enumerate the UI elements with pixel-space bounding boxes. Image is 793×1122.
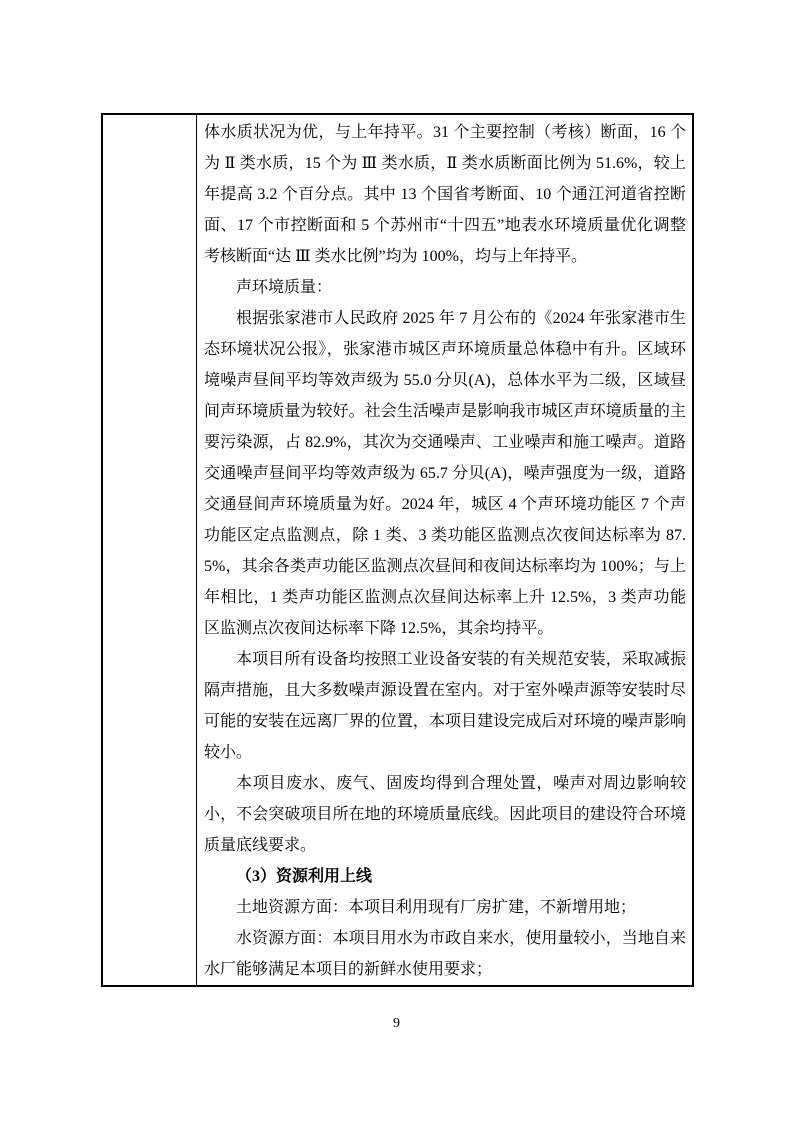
report-table: 体水质状况为优，与上年持平。31 个主要控制（考核）断面，16 个为 Ⅱ 类水质… <box>101 113 694 987</box>
table-left-cell <box>103 115 197 985</box>
paragraph-water-resource: 水资源方面：本项目用水为市政自来水，使用量较小，当地自来水厂能够满足本项目的新鲜… <box>204 923 686 985</box>
paragraph-water-quality-continuation: 体水质状况为优，与上年持平。31 个主要控制（考核）断面，16 个为 Ⅱ 类水质… <box>204 117 686 272</box>
paragraph-project-equipment-noise: 本项目所有设备均按照工业设备安装的有关规范安装，采取减振隔声措施，且大多数噪声源… <box>204 644 686 768</box>
page-number: 9 <box>0 1014 793 1034</box>
table-content-cell: 体水质状况为优，与上年持平。31 个主要控制（考核）断面，16 个为 Ⅱ 类水质… <box>197 115 692 985</box>
paragraph-project-waste-disposal: 本项目废水、废气、固废均得到合理处置，噪声对周边影响较小，不会突破项目所在地的环… <box>204 768 686 861</box>
heading-resource-use-limit: （3）资源利用上线 <box>204 861 686 892</box>
paragraph-sound-environment-heading: 声环境质量： <box>204 272 686 303</box>
paragraph-land-resource: 土地资源方面：本项目利用现有厂房扩建，不新增用地； <box>204 892 686 923</box>
paragraph-sound-environment-report: 根据张家港市人民政府 2025 年 7 月公布的《2024 年张家港市生态环境状… <box>204 303 686 644</box>
